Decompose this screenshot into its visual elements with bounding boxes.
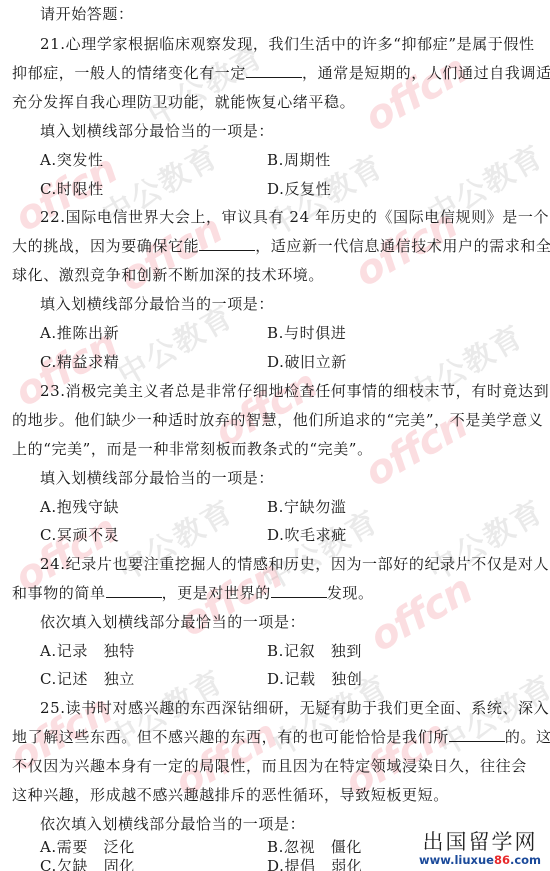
question-text: 球化、激烈竞争和创新不断加深的技术环境。 (12, 265, 542, 285)
question-prompt: 依次填入划横线部分最恰当的一项是： (40, 612, 550, 632)
option-a: A.突发性 (40, 150, 104, 170)
intro-text: 请开始答题： (40, 4, 550, 24)
question-text: 抑郁症，一般人的情绪变化有一定，通常是短期的，人们通过自我调适， (12, 63, 542, 83)
option-d: D.破旧立新 (267, 352, 347, 372)
question-text: 地了解这些东西。但不感兴趣的东西，有的也可能恰恰是我们所的。这 (12, 727, 542, 747)
question-text: 大的挑战，因为要确保它能，适应新一代信息通信技术用户的需求和全 (12, 236, 542, 256)
option-d: D.吹毛求疵 (267, 525, 347, 545)
question-text: 22.国际电信世界大会上，审议具有 24 年历史的《国际电信规则》是一个巨 (40, 207, 550, 227)
question-prompt: 填入划横线部分最恰当的一项是： (40, 121, 550, 141)
question-prompt: 填入划横线部分最恰当的一项是： (40, 468, 550, 488)
answer-blank (106, 583, 162, 598)
option-c: C.记述 独立 (40, 669, 135, 689)
option-c: C.冥顽不灵 (40, 525, 119, 545)
option-b: B.与时俱进 (267, 323, 346, 343)
question-text: 不仅因为兴趣本身有一定的局限性，而且因为在特定领域浸染日久，往往会 (12, 756, 542, 776)
option-c: C.欠缺 固化 (40, 856, 135, 871)
site-logo-url: www.liuxue86.com (412, 853, 548, 867)
option-b: B.记叙 独到 (267, 641, 362, 661)
answer-blank (199, 236, 255, 251)
answer-blank (271, 583, 327, 598)
site-logo: 出国留学网 www.liuxue86.com (412, 831, 548, 867)
option-d: D.反复性 (267, 179, 331, 199)
option-c: C.精益求精 (40, 352, 119, 372)
question-text: 24.纪录片也要注重挖掘人的情感和历史，因为一部好的纪录片不仅是对人 (40, 554, 550, 574)
answer-blank (246, 63, 302, 78)
option-b: B.忽视 僵化 (267, 837, 362, 857)
question-text: 这种兴趣，形成越不感兴趣越排斥的恶性循环，导致短板更短。 (12, 785, 542, 805)
option-d: D.提倡 弱化 (267, 856, 362, 871)
option-d: D.记载 独创 (267, 669, 362, 689)
question-text: 的地步。他们缺少一种适时放弃的智慧，他们所追求的“完美”，不是美学意义 (12, 410, 542, 430)
option-a: A.记录 独特 (40, 641, 135, 661)
option-b: B.周期性 (267, 150, 331, 170)
option-b: B.宁缺勿滥 (267, 497, 346, 517)
question-text: 23.消极完美主义者总是非常仔细地检查任何事情的细枝末节，有时竟达到 (40, 381, 550, 401)
question-text: 和事物的简单，更是对世界的发现。 (12, 583, 542, 603)
exam-page: offcn 中公教育 offcn 中公教育 offcn 中公教育 中公教育 of… (0, 0, 550, 871)
question-text: 25.读书时对感兴趣的东西深钻细研，无疑有助于我们更全面、系统、深入 (40, 698, 550, 718)
option-a: A.抱残守缺 (40, 497, 119, 517)
site-logo-name: 出国留学网 (412, 831, 548, 853)
question-text: 充分发挥自我心理防卫功能，就能恢复心绪平稳。 (12, 92, 542, 112)
option-a: A.推陈出新 (40, 323, 119, 343)
question-prompt: 填入划横线部分最恰当的一项是： (40, 294, 550, 314)
option-c: C.时限性 (40, 179, 104, 199)
option-a: A.需要 泛化 (40, 837, 135, 857)
question-text: 上的“完美”，而是一种非常刻板而教条式的“完美”。 (12, 439, 542, 459)
question-text: 21.心理学家根据临床观察发现，我们生活中的许多“抑郁症”是属于假性 (40, 34, 550, 54)
answer-blank (449, 727, 505, 742)
